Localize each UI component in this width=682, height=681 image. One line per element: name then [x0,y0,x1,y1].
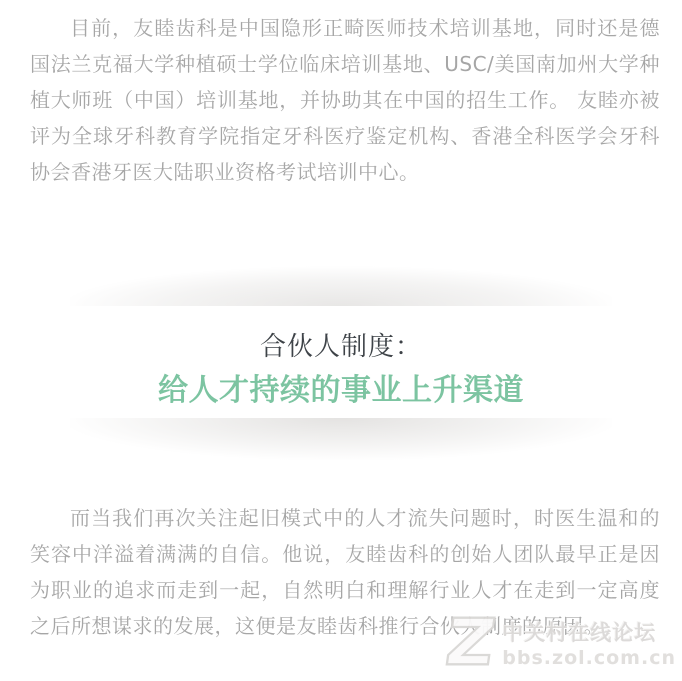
heading-title: 合伙人制度： [0,328,682,366]
watermark-site-url: bbs.zol.com.cn [502,647,676,669]
intro-paragraph: 目前，友睦齿科是中国隐形正畸医师技术培训基地，同时还是德国法兰克福大学种植硕士学… [30,10,660,190]
zol-z-logo-icon [441,613,497,673]
watermark: 中关村在线论坛 bbs.zol.com.cn [441,613,676,673]
section-divider-shadow-top [70,250,612,306]
section-divider-shadow-bottom [70,418,612,478]
watermark-site-name: 中关村在线论坛 [502,617,676,647]
section-heading: 合伙人制度： 给人才持续的事业上升渠道 [0,328,682,412]
heading-subtitle: 给人才持续的事业上升渠道 [0,370,682,412]
article-page: 目前，友睦齿科是中国隐形正畸医师技术培训基地，同时还是德国法兰克福大学种植硕士学… [0,0,682,681]
